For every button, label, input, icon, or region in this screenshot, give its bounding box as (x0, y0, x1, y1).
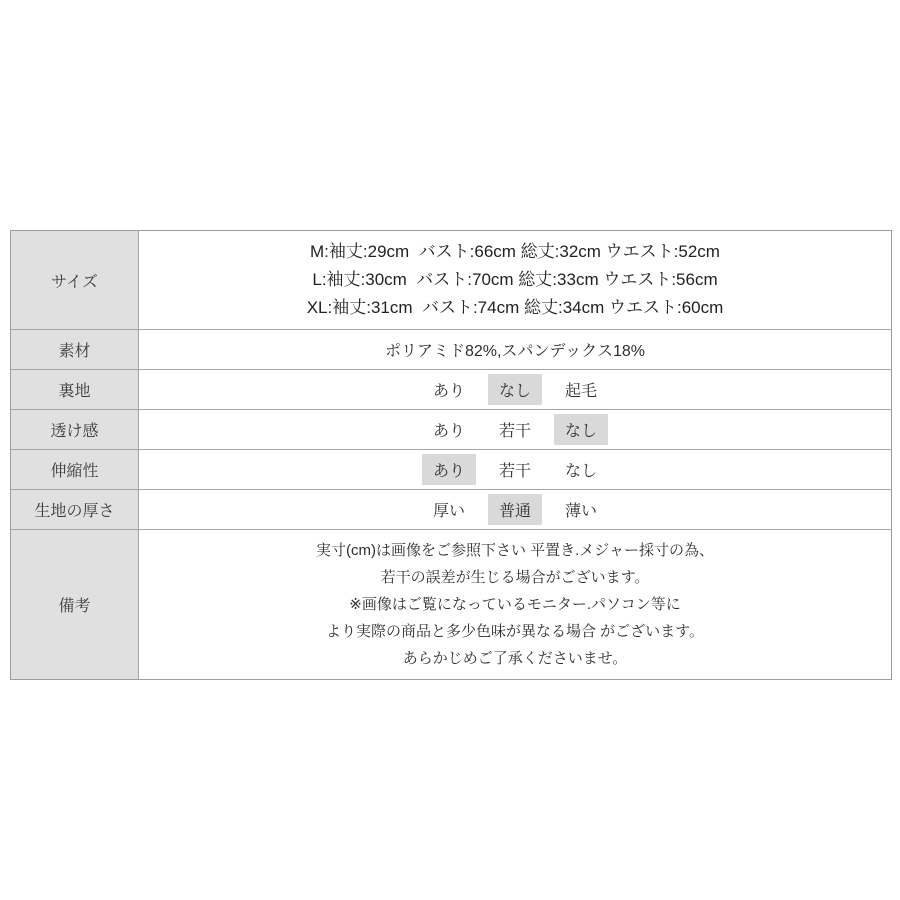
spec-row-lining: 裏地ありなし起毛 (11, 369, 891, 409)
thickness-option: 薄い (554, 494, 608, 525)
spec-row-stretch: 伸縮性あり若干なし (11, 449, 891, 489)
row-value-sheerness: あり若干なし (139, 410, 891, 449)
notes-line: ※画像はご覧になっているモニター.パソコン等に (349, 591, 680, 618)
thickness-option: 厚い (422, 494, 476, 525)
page: サイズM:袖丈:29cm バスト:66cm 総丈:32cm ウエスト:52cmL… (0, 0, 900, 900)
size-line: XL:袖丈:31cm バスト:74cm 総丈:34cm ウエスト:60cm (307, 294, 724, 322)
row-label-sheerness: 透け感 (11, 410, 139, 449)
notes-line: 実寸(cm)は画像をご参照下さい 平置き.メジャー採寸の為、 (316, 537, 714, 564)
size-line: M:袖丈:29cm バスト:66cm 総丈:32cm ウエスト:52cm (310, 238, 720, 266)
sheerness-options: あり若干なし (422, 414, 608, 445)
notes-line: 若干の誤差が生じる場合がございます。 (381, 564, 650, 591)
row-label-material: 素材 (11, 330, 139, 369)
spec-row-material: 素材ポリアミド82%,スパンデックス18% (11, 329, 891, 369)
row-label-thickness: 生地の厚さ (11, 490, 139, 529)
material-value: ポリアミド82%,スパンデックス18% (385, 338, 645, 361)
notes-line: あらかじめご了承くださいませ。 (403, 645, 628, 672)
lining-option-selected: なし (488, 374, 542, 405)
lining-option: あり (422, 374, 476, 405)
row-label-stretch: 伸縮性 (11, 450, 139, 489)
product-spec-table: サイズM:袖丈:29cm バスト:66cm 総丈:32cm ウエスト:52cmL… (10, 230, 892, 680)
spec-row-notes: 備考実寸(cm)は画像をご参照下さい 平置き.メジャー採寸の為、若干の誤差が生じ… (11, 529, 891, 679)
row-value-size: M:袖丈:29cm バスト:66cm 総丈:32cm ウエスト:52cmL:袖丈… (139, 231, 891, 329)
notes-line: より実際の商品と多少色味が異なる場合 がございます。 (326, 618, 704, 645)
stretch-option: なし (554, 454, 608, 485)
row-label-notes: 備考 (11, 530, 139, 679)
row-value-notes: 実寸(cm)は画像をご参照下さい 平置き.メジャー採寸の為、若干の誤差が生じる場… (139, 530, 891, 679)
row-value-material: ポリアミド82%,スパンデックス18% (139, 330, 891, 369)
spec-row-sheerness: 透け感あり若干なし (11, 409, 891, 449)
stretch-option-selected: あり (422, 454, 476, 485)
row-label-size: サイズ (11, 231, 139, 329)
size-line: L:袖丈:30cm バスト:70cm 総丈:33cm ウエスト:56cm (312, 266, 717, 294)
stretch-option: 若干 (488, 454, 542, 485)
lining-option: 起毛 (554, 374, 608, 405)
lining-options: ありなし起毛 (422, 374, 608, 405)
sheerness-option: あり (422, 414, 476, 445)
row-value-thickness: 厚い普通薄い (139, 490, 891, 529)
spec-row-thickness: 生地の厚さ厚い普通薄い (11, 489, 891, 529)
stretch-options: あり若干なし (422, 454, 608, 485)
thickness-options: 厚い普通薄い (422, 494, 608, 525)
row-label-lining: 裏地 (11, 370, 139, 409)
row-value-stretch: あり若干なし (139, 450, 891, 489)
thickness-option-selected: 普通 (488, 494, 542, 525)
spec-row-size: サイズM:袖丈:29cm バスト:66cm 総丈:32cm ウエスト:52cmL… (11, 231, 891, 329)
sheerness-option: 若干 (488, 414, 542, 445)
row-value-lining: ありなし起毛 (139, 370, 891, 409)
sheerness-option-selected: なし (554, 414, 608, 445)
